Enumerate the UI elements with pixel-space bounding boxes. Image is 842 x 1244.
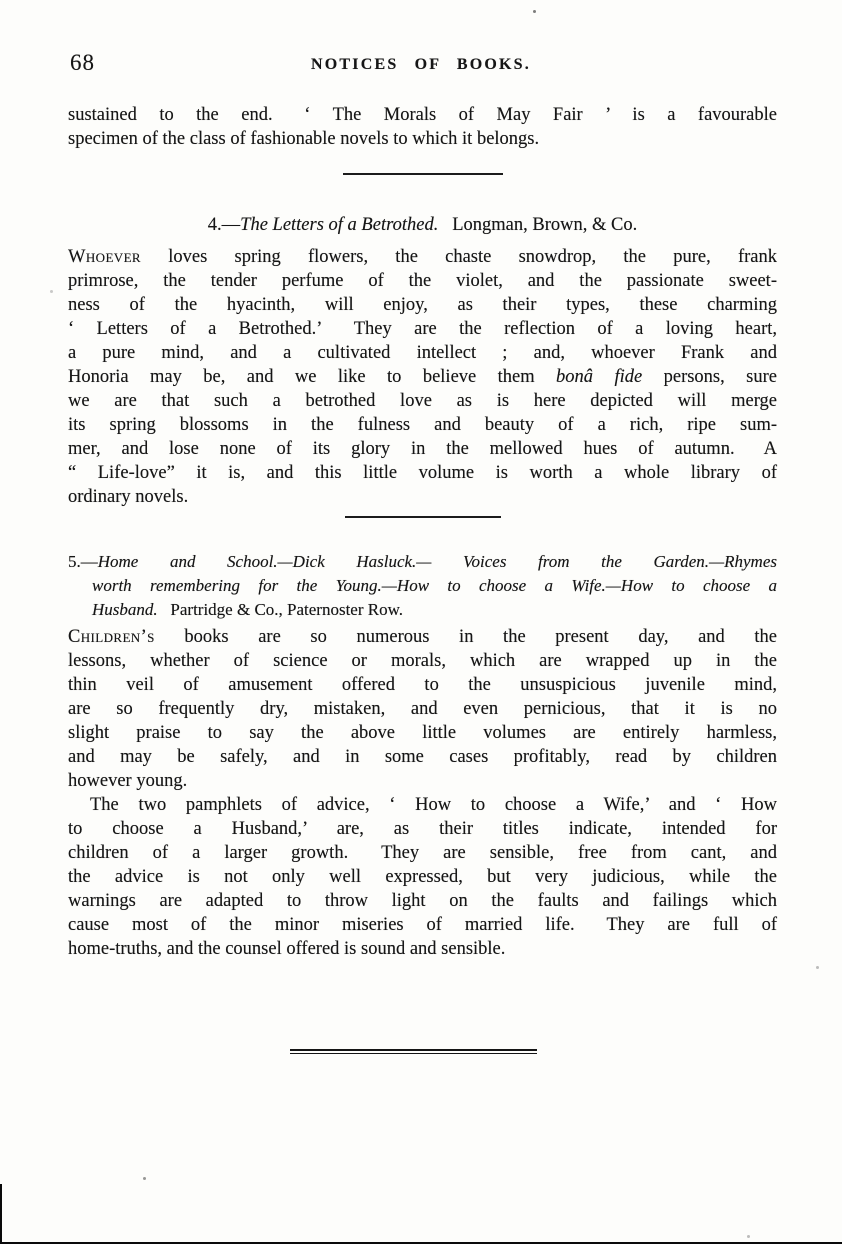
- text-line: “ Life-love” it is, and this little volu…: [68, 461, 777, 485]
- text-line: The two pamphlets of advice, ‘ How to ch…: [68, 793, 777, 817]
- body-text: 4.—: [208, 215, 240, 235]
- page-header: 68 NOTICES OF BOOKS.: [0, 0, 842, 90]
- italic-text: Husband.: [92, 600, 158, 619]
- body-text: books are so numerous in the present day…: [155, 627, 777, 647]
- section-heading-5: 5.—Home and School.—Dick Hasluck.— Voice…: [68, 550, 777, 622]
- body-text: we are that such a betrothed love as is …: [68, 391, 777, 411]
- scan-speck: [50, 290, 53, 293]
- body-text: mer, and lose none of its glory in the m…: [68, 439, 777, 459]
- text-line: specimen of the class of fashionable nov…: [68, 127, 777, 151]
- text-line: lessons, whether of science or morals, w…: [68, 649, 777, 673]
- scan-speck: [143, 1177, 146, 1180]
- text-line: a pure mind, and a cultivated intellect …: [68, 341, 777, 365]
- body-text: Honoria may be, and we like to believe t…: [68, 367, 556, 387]
- section-divider-rule: [345, 516, 501, 518]
- text-line: are so frequently dry, mistaken, and eve…: [68, 697, 777, 721]
- body-text: its spring blossoms in the fulness and b…: [68, 415, 777, 435]
- body-text: children of a larger growth. They are se…: [68, 843, 777, 863]
- text-line: however young.: [68, 769, 777, 793]
- text-line: cause most of the minor miseries of marr…: [68, 913, 777, 937]
- text-line: warnings are adapted to throw light on t…: [68, 889, 777, 913]
- body-text: slight praise to say the above little vo…: [68, 723, 777, 743]
- body-text: “ Life-love” it is, and this little volu…: [68, 463, 777, 483]
- text-line: 4.—The Letters of a Betrothed. Longman, …: [68, 213, 777, 237]
- body-text: warnings are adapted to throw light on t…: [68, 891, 777, 911]
- smallcaps-text: Whoever: [68, 247, 141, 267]
- text-line: the advice is not only well expressed, b…: [68, 865, 777, 889]
- paragraph-childrens-books: Children’s books are so numerous in the …: [68, 625, 777, 793]
- body-text: ‘ Letters of a Betrothed.’ They are the …: [68, 319, 777, 339]
- body-text: Partridge & Co., Paternoster Row.: [158, 600, 403, 619]
- body-text: and may be safely, and in some cases pro…: [68, 747, 777, 767]
- body-text: ordinary novels.: [68, 487, 188, 507]
- text-line: mer, and lose none of its glory in the m…: [68, 437, 777, 461]
- body-text: thin veil of amusement offered to the un…: [68, 675, 777, 695]
- italic-text: bonâ fide: [556, 367, 642, 387]
- body-text: The two pamphlets of advice, ‘ How to ch…: [90, 795, 777, 815]
- text-line: worth remembering for the Young.—How to …: [68, 574, 777, 598]
- body-text: ness of the hyacinth, will enjoy, as the…: [68, 295, 777, 315]
- scan-speck: [533, 10, 536, 13]
- scan-edge-left: [0, 1184, 2, 1244]
- text-line: home-truths, and the counsel offered is …: [68, 937, 777, 961]
- text-line: its spring blossoms in the fulness and b…: [68, 413, 777, 437]
- text-line: thin veil of amusement offered to the un…: [68, 673, 777, 697]
- text-line: and may be safely, and in some cases pro…: [68, 745, 777, 769]
- scan-speck: [747, 1235, 750, 1238]
- body-text: to choose a Husband,’ are, as their titl…: [68, 819, 777, 839]
- text-line: Husband. Partridge & Co., Paternoster Ro…: [68, 598, 777, 622]
- text-line: children of a larger growth. They are se…: [68, 841, 777, 865]
- body-text: lessons, whether of science or morals, w…: [68, 651, 777, 671]
- body-text: home-truths, and the counsel offered is …: [68, 939, 505, 959]
- text-line: to choose a Husband,’ are, as their titl…: [68, 817, 777, 841]
- body-text: sustained to the end. ‘ The Morals of Ma…: [68, 105, 777, 125]
- paragraph-morals-of-may-fair: sustained to the end. ‘ The Morals of Ma…: [68, 103, 777, 151]
- body-text: are so frequently dry, mistaken, and eve…: [68, 699, 777, 719]
- content-blocks: sustained to the end. ‘ The Morals of Ma…: [68, 103, 777, 1054]
- text-line: slight praise to say the above little vo…: [68, 721, 777, 745]
- paragraph-letters-of-a-betrothed: Whoever loves spring flowers, the chaste…: [68, 245, 777, 509]
- body-text: the advice is not only well expressed, b…: [68, 867, 777, 887]
- body-text: however young.: [68, 771, 187, 791]
- italic-text: The Letters of a Betrothed.: [240, 215, 438, 235]
- section-heading-4: 4.—The Letters of a Betrothed. Longman, …: [68, 213, 777, 237]
- body-text: 5.—: [68, 552, 98, 571]
- italic-text: Home and School.—Dick Hasluck.— Voices f…: [98, 552, 777, 571]
- scan-speck: [816, 966, 819, 969]
- text-line: Children’s books are so numerous in the …: [68, 625, 777, 649]
- paragraph-two-pamphlets: The two pamphlets of advice, ‘ How to ch…: [68, 793, 777, 961]
- body-text: primrose, the tender perfume of the viol…: [68, 271, 777, 291]
- body-text: specimen of the class of fashionable nov…: [68, 129, 539, 149]
- text-line: 5.—Home and School.—Dick Hasluck.— Voice…: [68, 550, 777, 574]
- double-rule-divider: [290, 1049, 537, 1054]
- text-line: ‘ Letters of a Betrothed.’ They are the …: [68, 317, 777, 341]
- running-head: NOTICES OF BOOKS.: [0, 56, 842, 74]
- text-line: ordinary novels.: [68, 485, 777, 509]
- text-line: ness of the hyacinth, will enjoy, as the…: [68, 293, 777, 317]
- smallcaps-text: Children’s: [68, 627, 155, 647]
- italic-text: worth remembering for the Young.—How to …: [92, 576, 777, 595]
- body-text: a pure mind, and a cultivated intellect …: [68, 343, 777, 363]
- body-text: cause most of the minor miseries of marr…: [68, 915, 777, 935]
- body-text: Longman, Brown, & Co.: [438, 215, 637, 235]
- section-divider-rule: [343, 173, 503, 175]
- body-text: persons, sure: [642, 367, 777, 387]
- text-line: Whoever loves spring flowers, the chaste…: [68, 245, 777, 269]
- body-text: loves spring flowers, the chaste snowdro…: [141, 247, 777, 267]
- text-line: Honoria may be, and we like to believe t…: [68, 365, 777, 389]
- text-line: primrose, the tender perfume of the viol…: [68, 269, 777, 293]
- text-line: we are that such a betrothed love as is …: [68, 389, 777, 413]
- text-line: sustained to the end. ‘ The Morals of Ma…: [68, 103, 777, 127]
